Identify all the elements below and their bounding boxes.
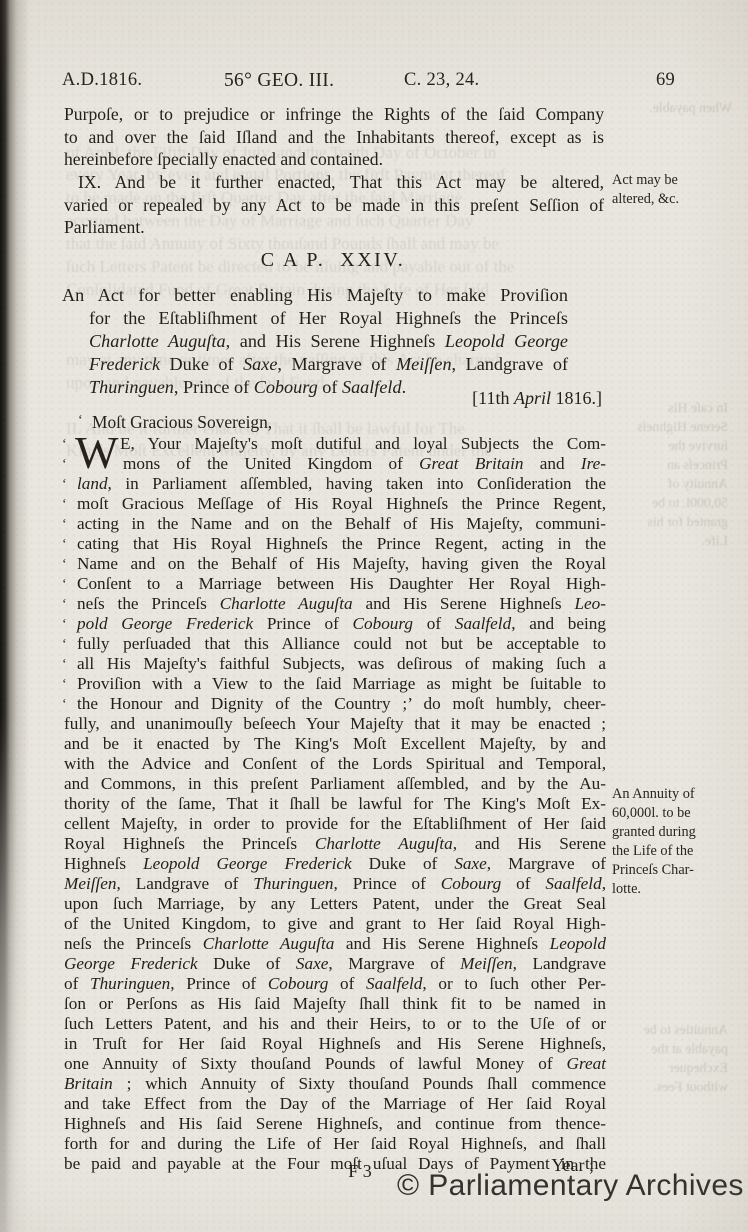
quote-mark: ‘ [62, 475, 67, 495]
text-line: cellent Majeſty, in order to provide for… [62, 814, 606, 834]
text-line: and be it enacted by The King's Moſt Exc… [62, 734, 606, 754]
act-title: An Act for better enabling His Majeſty t… [62, 284, 568, 399]
margin-note-line: lotte. [612, 880, 732, 899]
text-line: Meiſſen, Landgrave of Thuringuen, Prince… [62, 874, 606, 894]
scanned-act-page: of April, the Fifth Day of July, and the… [0, 0, 748, 1232]
header-year: A.D.1816. [62, 70, 142, 91]
text-line: neſs the Princeſs Charlotte Auguſta and … [62, 934, 606, 954]
text-line: Frederick Duke of Saxe, Margrave of Meiſ… [62, 353, 568, 376]
text-line: ‘pold George Frederick Prince of Cobourg… [62, 614, 606, 634]
margin-note: Act may bealtered, &c. [612, 171, 732, 209]
margin-note-line: Act may be [612, 171, 732, 190]
text-line: of Thuringuen, Prince of Cobourg of Saal… [62, 974, 606, 994]
margin-note-line: granted during [612, 823, 732, 842]
header-regnal-year: 56° GEO. III. [224, 70, 334, 92]
text-line: ‘E, Your Majeſty's moſt dutiful and loya… [62, 434, 606, 454]
quote-mark: ‘ [62, 435, 67, 455]
text-line: ‘acting in the Name and on the Behalf of… [62, 514, 606, 534]
text-line: forth for and during the Life of Her ſai… [62, 1134, 606, 1154]
quote-mark: ‘ [62, 615, 67, 635]
text-line: Britain ; which Annuity of Sixty thouſan… [62, 1074, 606, 1094]
text-line: ‘cating that His Royal Highneſs the Prin… [62, 534, 606, 554]
text-line: ‘all His Majeſty's faithful Subjects, wa… [62, 654, 606, 674]
margin-note-line: Princeſs Char- [612, 861, 732, 880]
text-line: ‘land, in Parliament aſſembled, having t… [62, 474, 606, 494]
quote-mark: ‘ [62, 495, 67, 515]
bleedthrough-margin-note: When payable. [612, 98, 732, 117]
text-line: ſon or Perſons as His ſaid Majeſty ſhall… [62, 994, 606, 1014]
text-line: ‘the Honour and Dignity of the Country ;… [62, 694, 606, 714]
quote-mark: ‘ [62, 455, 67, 475]
bleedthrough-margin-note: Annuities to bepayable at theExchequerwi… [608, 1020, 728, 1096]
text-line: to and over the ſaid Iſland and the Inha… [62, 126, 604, 149]
quote-mark: ‘ [62, 515, 67, 535]
header-chapter: C. 23, 24. [404, 70, 479, 91]
text-line: with the Advice and Conſent of the Lords… [62, 754, 606, 774]
quote-mark: ‘ [62, 695, 67, 715]
quote-mark: ‘ [62, 675, 67, 695]
text-line: ſuch Letters Patent, and his and their H… [62, 1014, 606, 1034]
quote-mark: ‘ [62, 535, 67, 555]
text-line: ‘mons of the United Kingdom of Great Bri… [62, 454, 606, 474]
margin-note-line: An Annuity of [612, 785, 732, 804]
text-line: and Commons, in this preſent Parliament … [62, 774, 606, 794]
text-line: Parliament. [62, 216, 604, 239]
text-line: varied or repealed by any Act to be made… [62, 194, 604, 217]
text-line: for the Eſtabliſhment of Her Royal Highn… [62, 307, 568, 330]
text-line: An Act for better enabling His Majeſty t… [62, 284, 568, 307]
text-line: Royal Highneſs the Princeſs Charlotte Au… [62, 834, 606, 854]
act-body-text: W ‘E, Your Majeſty's moſt dutiful and lo… [62, 434, 606, 1174]
text-line: Highneſs and His ſaid Serene Highneſs, a… [62, 1114, 606, 1134]
intro-paragraphs: Purpoſe, or to prejudice or infringe the… [62, 103, 604, 239]
text-line: ‘moſt Gracious Meſſage of His Royal High… [62, 494, 606, 514]
text-line: in Truſt for Her ſaid Royal Highneſs and… [62, 1034, 606, 1054]
quote-mark: ‘ [62, 575, 67, 595]
text-line: Charlotte Auguſta, and His Serene Highne… [62, 330, 568, 353]
quote-mark: ‘ [62, 555, 67, 575]
text-line: ‘Proviſion with a View to the ſaid Marri… [62, 674, 606, 694]
text-line: ‘neſs the Princeſs Charlotte Auguſta and… [62, 594, 606, 614]
text-line: ‘Name and on the Behalf of His Majeſty, … [62, 554, 606, 574]
page-number: 69 [656, 70, 675, 91]
quote-mark: ‘ [62, 635, 67, 655]
text-line: hereinbefore ſpecially enacted and conta… [62, 148, 604, 171]
margin-note-line: 60,000l. to be [612, 804, 732, 823]
text-line: of the United Kingdom, to give and grant… [62, 914, 606, 934]
text-line: one Annuity of Sixty thouſand Pounds of … [62, 1054, 606, 1074]
archive-watermark: © Parliamentary Archives [397, 1169, 744, 1203]
text-line: IX. And be it further enacted, That this… [62, 171, 604, 194]
text-line: ‘Conſent to a Marriage between His Daugh… [62, 574, 606, 594]
text-line: ‘fully perſuaded that this Alliance coul… [62, 634, 606, 654]
royal-assent-date: [11th April 1816.] [62, 388, 602, 409]
text-line: Purpoſe, or to prejudice or infringe the… [62, 103, 604, 126]
margin-note-line: altered, &c. [612, 190, 732, 209]
scan-binding-edge [0, 0, 30, 1232]
text-line: Highneſs Leopold George Frederick Duke o… [62, 854, 606, 874]
text-line: George Frederick Duke of Saxe, Margrave … [62, 954, 606, 974]
text-line: upon ſuch Marriage, by any Letters Paten… [62, 894, 606, 914]
quote-mark: ‘ [62, 655, 67, 675]
chapter-heading: C A P. XXIV. [62, 249, 604, 272]
text-line: fully, and unanimouſly beſeech Your Maje… [62, 714, 606, 734]
quote-mark: ‘ [62, 595, 67, 615]
salutation: ‘Moſt Gracious Sovereign, [62, 412, 632, 433]
margin-note-line: the Life of the [612, 842, 732, 861]
margin-note: An Annuity of60,000l. to begranted durin… [612, 785, 732, 899]
text-line: thority of the ſame, That it ſhall be la… [62, 794, 606, 814]
text-line: and take Effect from the Day of the Marr… [62, 1094, 606, 1114]
